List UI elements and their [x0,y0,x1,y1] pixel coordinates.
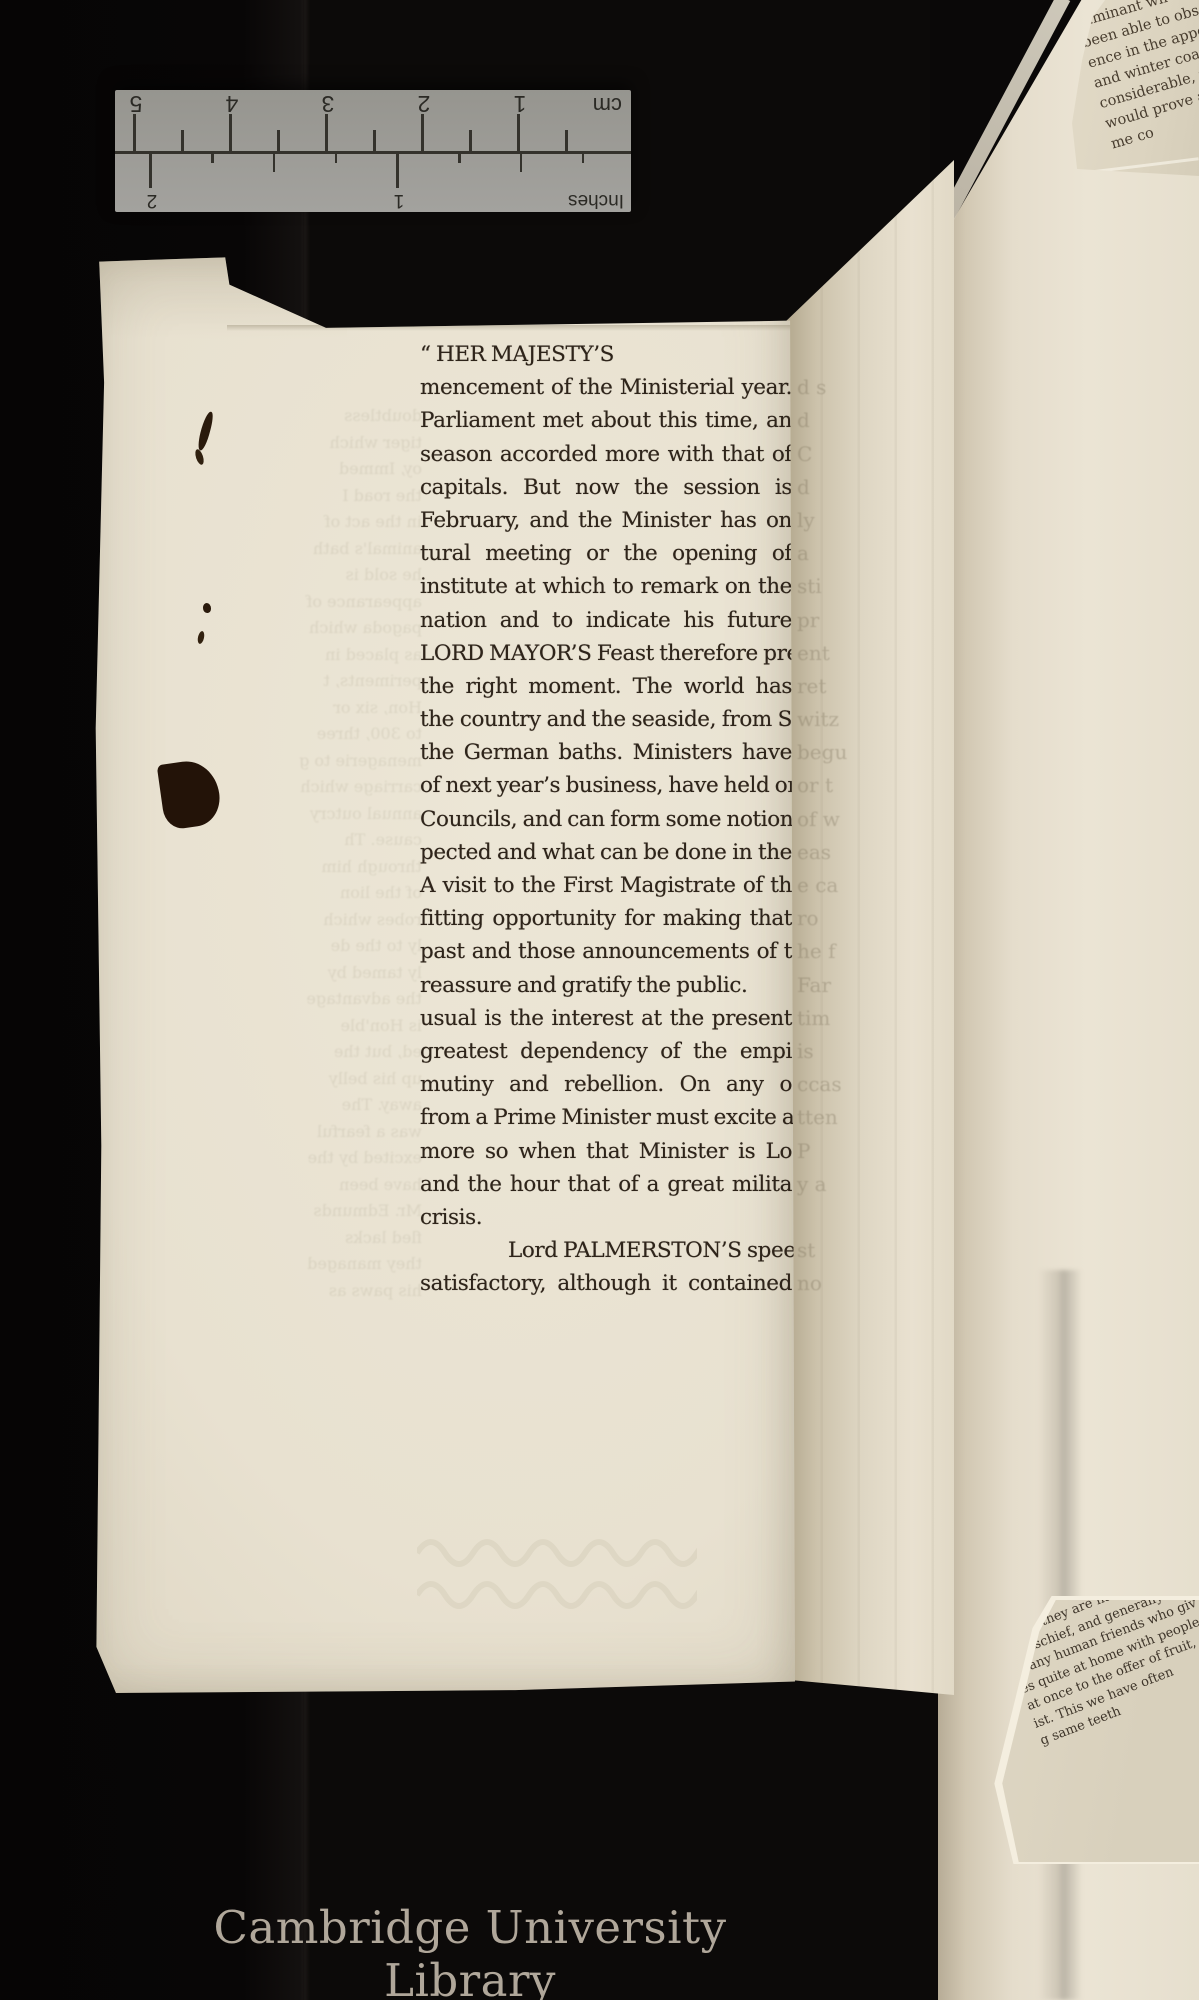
ghost-line: doubtless [217,403,422,430]
clipping-line: capitals. But now the session is [420,471,792,504]
underpage-text-fragments: d sdCdlyastiprentretwitzbeguor tof wease… [797,338,853,1300]
ghost-line: his paws as [217,1278,422,1305]
ghost-line: was a fearful [217,1119,422,1146]
ruler-tick [181,130,184,154]
ghost-line: of the lion [217,880,422,907]
top-right-fragment-text: ruminant whbeen able to obserence in the… [1074,0,1199,155]
clipping-line: past and those announcements of t [420,935,792,968]
edge-fragment-line: d s [797,371,853,404]
edge-fragment-line: a [797,537,853,570]
edge-fragment-line: he f [797,935,853,968]
ghost-line: menagerie to g [217,748,422,775]
ink-blot [194,448,206,465]
ghost-line: periments, t [217,668,422,695]
ruler-number: 2 [418,90,431,117]
clipping-line: satisfactory, although it contained [420,1267,792,1300]
clipping-line: of next year’s business, have held one [420,769,792,802]
ghost-line: he sold is [217,562,422,589]
edge-fragment-line: ro [797,902,853,935]
ruler-number: 1 [514,90,527,117]
edge-fragment-line: d [797,404,853,437]
clipping-top-edge [227,325,795,331]
ghost-line: they managed [217,1251,422,1278]
ink-blot-large [157,757,224,830]
ruler-number: 4 [226,90,239,117]
edge-fragment-line: tim [797,1002,853,1035]
clipping-line: the German baths. Ministers have [420,736,792,769]
ruler-tick [373,130,376,154]
edge-fragment-line: ccas [797,1068,853,1101]
wave-line [417,1542,697,1564]
ruler-number: 5 [130,90,143,117]
show-through-text: doubtlesstiger whichoy, Immedthe road Ii… [217,403,422,1304]
ghost-line: carriage which [217,774,422,801]
ruler-tick [520,151,523,172]
ruler-cm-label: cm [593,92,622,118]
clipping-line: Councils, and can form some notion [420,803,792,836]
ink-blot [203,603,211,613]
ink-blot [196,411,214,452]
clipping-line: and the hour that of a great milita [420,1168,792,1201]
ruler-tick [396,151,399,188]
edge-fragment-line: Far [797,969,853,1002]
clipping-line: nation and to indicate his future [420,604,792,637]
edge-fragment-line: d [797,471,853,504]
edge-fragment-line: eas [797,836,853,869]
ruler-tick [229,114,232,154]
ruler-number: 1 [394,189,405,211]
edge-fragment-line: of w [797,803,853,836]
clipping-line: Lord PALMERSTON’S speech la [420,1234,792,1267]
ghost-line: is Hon'ble [217,1013,422,1040]
clipping-line: mencement of the Ministerial year. [420,371,792,404]
ghost-line: pagoda which [217,615,422,642]
ruler-tick [133,114,136,154]
edge-fragment-line: sti [797,570,853,603]
edge-fragment-line: P [797,1135,853,1168]
ruler-tick [582,151,585,163]
scale-ruler-upside-down: cm Inches 1234512 [115,90,631,212]
clipping-line: Parliament met about this time, an [420,404,792,437]
ruler-tick [335,151,338,163]
album-sheet: doubtlesstiger whichoy, Immedthe road Ii… [95,253,795,1693]
ghost-line: up his belly [217,1066,422,1093]
edge-fragment-line: pr [797,604,853,637]
ghost-line: cause. Th [217,827,422,854]
ruler-tick [211,151,214,163]
clipping-line: February, and the Minister has on [420,504,792,537]
ruler-tick [458,151,461,163]
ghost-line: ly to the de [217,933,422,960]
ruler-tick [421,114,424,154]
clipping-line: the country and the seaside, from S [420,703,792,736]
ghost-line: ly tamed by [217,960,422,987]
ghost-line: annual outcry [217,801,422,828]
ghost-line: through him [217,854,422,881]
ruler-tick [149,151,152,188]
ruler-tick [565,130,568,154]
edge-fragment-line: witz [797,703,853,736]
ghost-line: away. The [217,1092,422,1119]
ruler-tick [273,151,276,172]
edge-fragment-line [797,338,853,371]
clipping-line: crisis. [420,1201,792,1234]
clipping-line: pected and what can be done in the [420,836,792,869]
ghost-line: fled lacks [217,1225,422,1252]
edge-fragment-line: or t [797,769,853,802]
ghost-line: the road I [217,483,422,510]
clipping-line: usual is the interest at the present [420,1002,792,1035]
ghost-line: as placed in [217,642,422,669]
archive-photo-canvas: doubtlesstiger whichoy, Immedthe road Ii… [0,0,1199,2000]
ruler-tick [325,114,328,154]
edge-fragment-line: y a [797,1168,853,1201]
ruler-number: 2 [147,189,158,211]
edge-fragment-line: ent [797,637,853,670]
newspaper-clipping-text: “ HER MAJESTY’Smencement of the Minister… [420,338,792,1300]
ruler-number: 3 [322,90,335,117]
edge-fragment-line: begu [797,736,853,769]
ruler-tick [469,130,472,154]
top-right-clipping-fragment: ruminant whbeen able to obserence in the… [1072,0,1199,176]
wave-line [417,1584,697,1606]
embossed-wave-pattern [417,1525,697,1625]
ruler-tick [517,114,520,154]
ink-blot [197,631,206,645]
clipping-line: from a Prime Minister must excite a [420,1101,792,1134]
clipping-line: the right moment. The world has [420,670,792,703]
ghost-line: Hon, six or [217,695,422,722]
ghost-line: Mr. Edmunds [217,1198,422,1225]
edge-fragment-line: is [797,1035,853,1068]
ghost-line: excited by the [217,1145,422,1172]
ghost-line: appearance of [217,589,422,616]
clipping-line: tural meeting or the opening of [420,537,792,570]
clipping-line: LORD MAYOR’S Feast therefore pres [420,637,792,670]
edge-fragment-line: ret [797,670,853,703]
ghost-line: to 300, three [217,721,422,748]
edge-fragment-line [797,1201,853,1234]
clipping-line: fitting opportunity for making that [420,902,792,935]
clipping-line: greatest dependency of the empi [420,1035,792,1068]
edge-fragment-line: tten [797,1101,853,1134]
ghost-line: animal's bath [217,536,422,563]
edge-fragment-line: ly [797,504,853,537]
ghost-line: tiger which [217,430,422,457]
ghost-line: have been [217,1172,422,1199]
clipping-line: “ HER MAJESTY’S [420,338,792,371]
ghost-line: robes which [217,907,422,934]
ghost-line: ed, but the [217,1039,422,1066]
ghost-line: oy, Immed [217,456,422,483]
ghost-line: in the act of [217,509,422,536]
edge-fragment-line: st [797,1234,853,1267]
edge-fragment-line: C [797,438,853,471]
ruler-tick [277,130,280,154]
edge-fragment-line: e ca [797,869,853,902]
library-watermark: Cambridge University Library [140,1901,800,2000]
clipping-line: A visit to the First Magistrate of th [420,869,792,902]
clipping-line: mutiny and rebellion. On any o [420,1068,792,1101]
clipping-line: institute at which to remark on the [420,570,792,603]
clipping-line: reassure and gratify the public. [420,969,792,1002]
edge-fragment-line: no [797,1267,853,1300]
clipping-line: season accorded more with that of [420,438,792,471]
ruler-inches-label: Inches [568,189,624,211]
clipping-line: more so when that Minister is Lo [420,1135,792,1168]
ghost-line: the advantage [217,986,422,1013]
